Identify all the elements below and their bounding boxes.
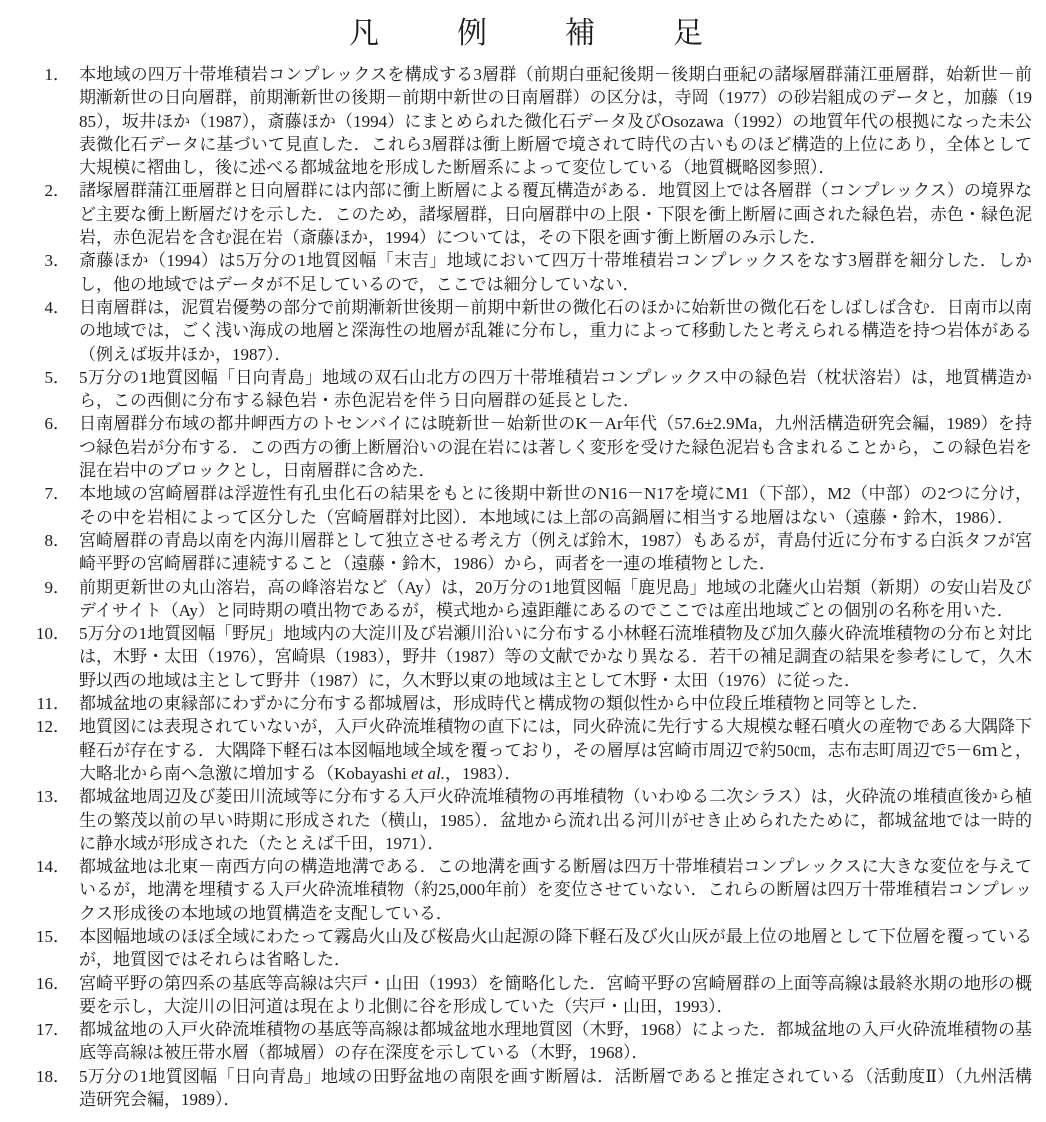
legend-supplement-page: 凡 例 補 足 1． 本地域の四万十帯堆積岩コンプレックスを構成する3層群（前期… [0, 0, 1046, 1122]
note-text: 5万分の1地質図幅「日向青島」地域の双石山北方の四万十帯堆積岩コンプレックス中の… [79, 366, 1032, 413]
note-text: 本地域の四万十帯堆積岩コンプレックスを構成する3層群（前期白亜紀後期－後期白亜紀… [79, 63, 1032, 179]
note-text: 都城盆地周辺及び菱田川流域等に分布する入戸火砕流堆積物の再堆積物（いわゆる二次シ… [79, 785, 1032, 855]
note-number: 6． [26, 412, 79, 435]
note-number: 15． [26, 925, 79, 948]
note-number: 4． [26, 296, 79, 319]
note-number: 12． [26, 715, 79, 738]
note-number: 11． [26, 692, 79, 715]
note-number: 2． [26, 179, 79, 202]
legend-note: 10． 5万分の1地質図幅「野尻」地域内の大淀川及び岩瀬川沿いに分布する小林軽石… [26, 622, 1032, 692]
legend-note: 14． 都城盆地は北東－南西方向の構造地溝である．この地溝を画する断層は四万十帯… [26, 855, 1032, 925]
legend-notes: 1． 本地域の四万十帯堆積岩コンプレックスを構成する3層群（前期白亜紀後期－後期… [26, 63, 1032, 1111]
note-text: 5万分の1地質図幅「日向青島」地域の田野盆地の南限を画す断層は．活断層であると推… [79, 1065, 1032, 1112]
note-number: 17． [26, 1018, 79, 1041]
note-text: 宮崎層群の青島以南を内海川層群として独立させる考え方（例えば鈴木，1987）もあ… [79, 529, 1032, 576]
legend-note: 18． 5万分の1地質図幅「日向青島」地域の田野盆地の南限を画す断層は．活断層で… [26, 1065, 1032, 1112]
note-number: 14． [26, 855, 79, 878]
page-title: 凡 例 補 足 [26, 8, 1032, 52]
legend-note: 17． 都城盆地の入戸火砕流堆積物の基底等高線は都城盆地水理地質図（木野，196… [26, 1018, 1032, 1065]
note-text: 前期更新世の丸山溶岩，高の峰溶岩など（Ay）は，20万分の1地質図幅「鹿児島」地… [79, 576, 1032, 623]
note-text: 都城盆地の入戸火砕流堆積物の基底等高線は都城盆地水理地質図（木野，1968）によ… [79, 1018, 1032, 1065]
note-number: 1． [26, 63, 79, 86]
note-number: 13． [26, 785, 79, 808]
legend-note: 13． 都城盆地周辺及び菱田川流域等に分布する入戸火砕流堆積物の再堆積物（いわゆ… [26, 785, 1032, 855]
note-text: 地質図には表現されていないが，入戸火砕流堆積物の直下には，同火砕流に先行する大規… [79, 715, 1032, 785]
legend-note: 7． 本地域の宮崎層群は浮遊性有孔虫化石の結果をもとに後期中新世のN16－N17… [26, 482, 1032, 529]
legend-note: 4． 日南層群は，泥質岩優勢の部分で前期漸新世後期－前期中新世の微化石のほかに始… [26, 296, 1032, 366]
legend-note: 2． 諸塚層群蒲江亜層群と日向層群には内部に衝上断層による覆瓦構造がある．地質図… [26, 179, 1032, 249]
note-text: 宮崎平野の第四系の基底等高線は宍戸・山田（1993）を簡略化した．宮崎平野の宮崎… [79, 972, 1032, 1019]
legend-note: 15． 本図幅地域のほぼ全域にわたって霧島火山及び桜島火山起源の降下軽石及び火山… [26, 925, 1032, 972]
note-number: 7． [26, 482, 79, 505]
note-text: 5万分の1地質図幅「野尻」地域内の大淀川及び岩瀬川沿いに分布する小林軽石流堆積物… [79, 622, 1032, 692]
note-number: 10． [26, 622, 79, 645]
note-text: 本図幅地域のほぼ全域にわたって霧島火山及び桜島火山起源の降下軽石及び火山灰が最上… [79, 925, 1032, 972]
note-number: 3． [26, 249, 79, 272]
note-text: 都城盆地は北東－南西方向の構造地溝である．この地溝を画する断層は四万十帯堆積岩コ… [79, 855, 1032, 925]
note-text: 本地域の宮崎層群は浮遊性有孔虫化石の結果をもとに後期中新世のN16－N17を境に… [79, 482, 1032, 529]
note-text: 都城盆地の東縁部にわずかに分布する都城層は，形成時代と構成物の類似性から中位段丘… [79, 692, 1032, 715]
legend-note: 12． 地質図には表現されていないが，入戸火砕流堆積物の直下には，同火砕流に先行… [26, 715, 1032, 785]
italic-phrase: et al. [411, 764, 445, 783]
legend-note: 8． 宮崎層群の青島以南を内海川層群として独立させる考え方（例えば鈴木，1987… [26, 529, 1032, 576]
note-text: 日南層群分布域の都井岬西方のトセンバイには暁新世－始新世のK－Ar年代（57.6… [79, 412, 1032, 482]
note-number: 18． [26, 1065, 79, 1088]
note-number: 8． [26, 529, 79, 552]
note-text: 日南層群は，泥質岩優勢の部分で前期漸新世後期－前期中新世の微化石のほかに始新世の… [79, 296, 1032, 366]
legend-note: 9． 前期更新世の丸山溶岩，高の峰溶岩など（Ay）は，20万分の1地質図幅「鹿児… [26, 576, 1032, 623]
legend-note: 11． 都城盆地の東縁部にわずかに分布する都城層は，形成時代と構成物の類似性から… [26, 692, 1032, 715]
legend-note: 6． 日南層群分布域の都井岬西方のトセンバイには暁新世－始新世のK－Ar年代（5… [26, 412, 1032, 482]
legend-note: 1． 本地域の四万十帯堆積岩コンプレックスを構成する3層群（前期白亜紀後期－後期… [26, 63, 1032, 179]
note-text: 諸塚層群蒲江亜層群と日向層群には内部に衝上断層による覆瓦構造がある．地質図上では… [79, 179, 1032, 249]
note-number: 5． [26, 366, 79, 389]
note-number: 9． [26, 576, 79, 599]
note-number: 16． [26, 972, 79, 995]
legend-note: 16． 宮崎平野の第四系の基底等高線は宍戸・山田（1993）を簡略化した．宮崎平… [26, 972, 1032, 1019]
legend-note: 5． 5万分の1地質図幅「日向青島」地域の双石山北方の四万十帯堆積岩コンプレック… [26, 366, 1032, 413]
legend-note: 3． 斎藤ほか（1994）は5万分の1地質図幅「末吉」地域において四万十帯堆積岩… [26, 249, 1032, 296]
note-text: 斎藤ほか（1994）は5万分の1地質図幅「末吉」地域において四万十帯堆積岩コンプ… [79, 249, 1032, 296]
